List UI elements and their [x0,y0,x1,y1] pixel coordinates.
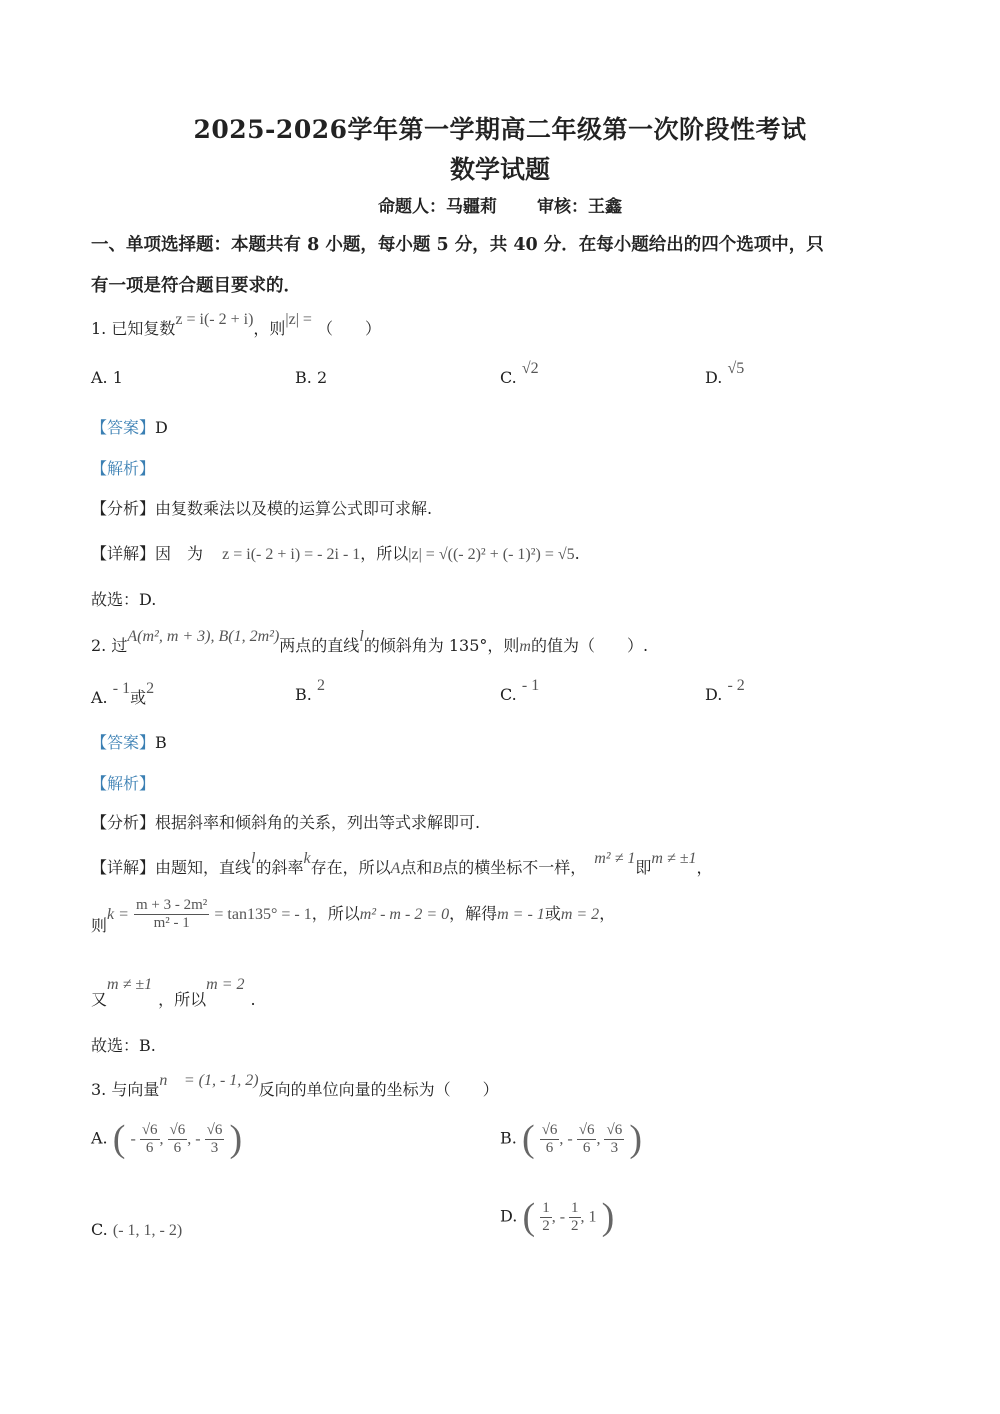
answer-blank: （ ） [317,319,381,338]
q1-option-b: B. 2 [295,368,327,387]
q2-option-d: D. - 2 [705,685,745,705]
q1-analysis-label: 【解析】 [91,456,155,479]
formula: |z| = [285,311,312,328]
answer-value: D [155,418,168,437]
exam-title: 2025-2026学年第一学期高二年级第一次阶段性考试 [0,110,1000,146]
authors-line: 命题人：马疆莉审核：王鑫 [0,192,1000,217]
q1-option-d: D. √5 [705,368,744,388]
q1-detail: 【详解】因 为 z = i(- 2 + i) = - 2i - 1，所以|z| … [91,541,580,564]
q2-conclusion: 故选：B. [91,1033,156,1056]
stem-text: 已知复数 [111,319,175,338]
q2-option-b: B. 2 [295,685,325,705]
q2-answer: 【答案】B [91,730,167,753]
q1-answer: 【答案】D [91,415,168,438]
answer-label: 【答案】 [91,418,155,437]
q3-option-d: D. ( 12, - 12, 1 ) [500,1198,614,1236]
exam-subtitle: 数学试题 [0,150,1000,186]
section-heading-line2: 有一项是符合题目要求的． [91,272,301,297]
q2-option-c: C. - 1 [500,685,539,705]
question-1-stem: 1. 已知复数z = i(- 2 + i)，则|z| = （ ） [91,316,381,339]
q1-option-c: C. √2 [500,368,539,388]
author-label: 命题人： [378,197,446,217]
q2-detail-line3: 又m ≠ ±1，所以m = 2. [91,987,256,1010]
q2-analysis-label: 【解析】 [91,771,155,794]
question-3-stem: 3. 与向量n⃗ = (1, - 1, 2)反向的单位向量的坐标为（ ） [91,1077,499,1100]
question-2-stem: 2. 过A(m², m + 3), B(1, 2m²)两点的直线l的倾斜角为 1… [91,633,648,656]
author-name: 马疆莉 [446,197,497,217]
q3-option-a: A. ( - √66, √66, - √63 ) [91,1120,242,1158]
q1-conclusion: 故选：D. [91,587,156,610]
q1-option-a: A. 1 [91,368,123,387]
q2-detail-line2: 则k = m + 3 - 2m²m² - 1 = tan135° = - 1，所… [91,897,615,932]
q3-option-b: B. ( √66, - √66, √63 ) [500,1120,642,1158]
reviewer-name: 王鑫 [588,197,622,217]
q2-option-a: A. - 1或2 [91,685,154,708]
question-number: 1. [91,319,106,338]
section-heading-line1: 一、单项选择题：本题共有 8 小题，每小题 5 分，共 40 分．在每小题给出的… [91,231,824,256]
q3-option-c: C. (- 1, 1, - 2) [91,1220,182,1240]
q1-fenxi: 【分析】由复数乘法以及模的运算公式即可求解. [91,496,432,519]
stem-text: ，则 [253,319,285,338]
q2-fenxi: 【分析】根据斜率和倾斜角的关系，列出等式求解即可. [91,810,480,833]
formula: z = i(- 2 + i) [175,311,253,328]
q2-detail-line1: 【详解】由题知，直线l的斜率k存在，所以A点和B点的横坐标不一样，m² ≠ 1即… [91,855,713,878]
reviewer-label: 审核： [537,197,588,217]
